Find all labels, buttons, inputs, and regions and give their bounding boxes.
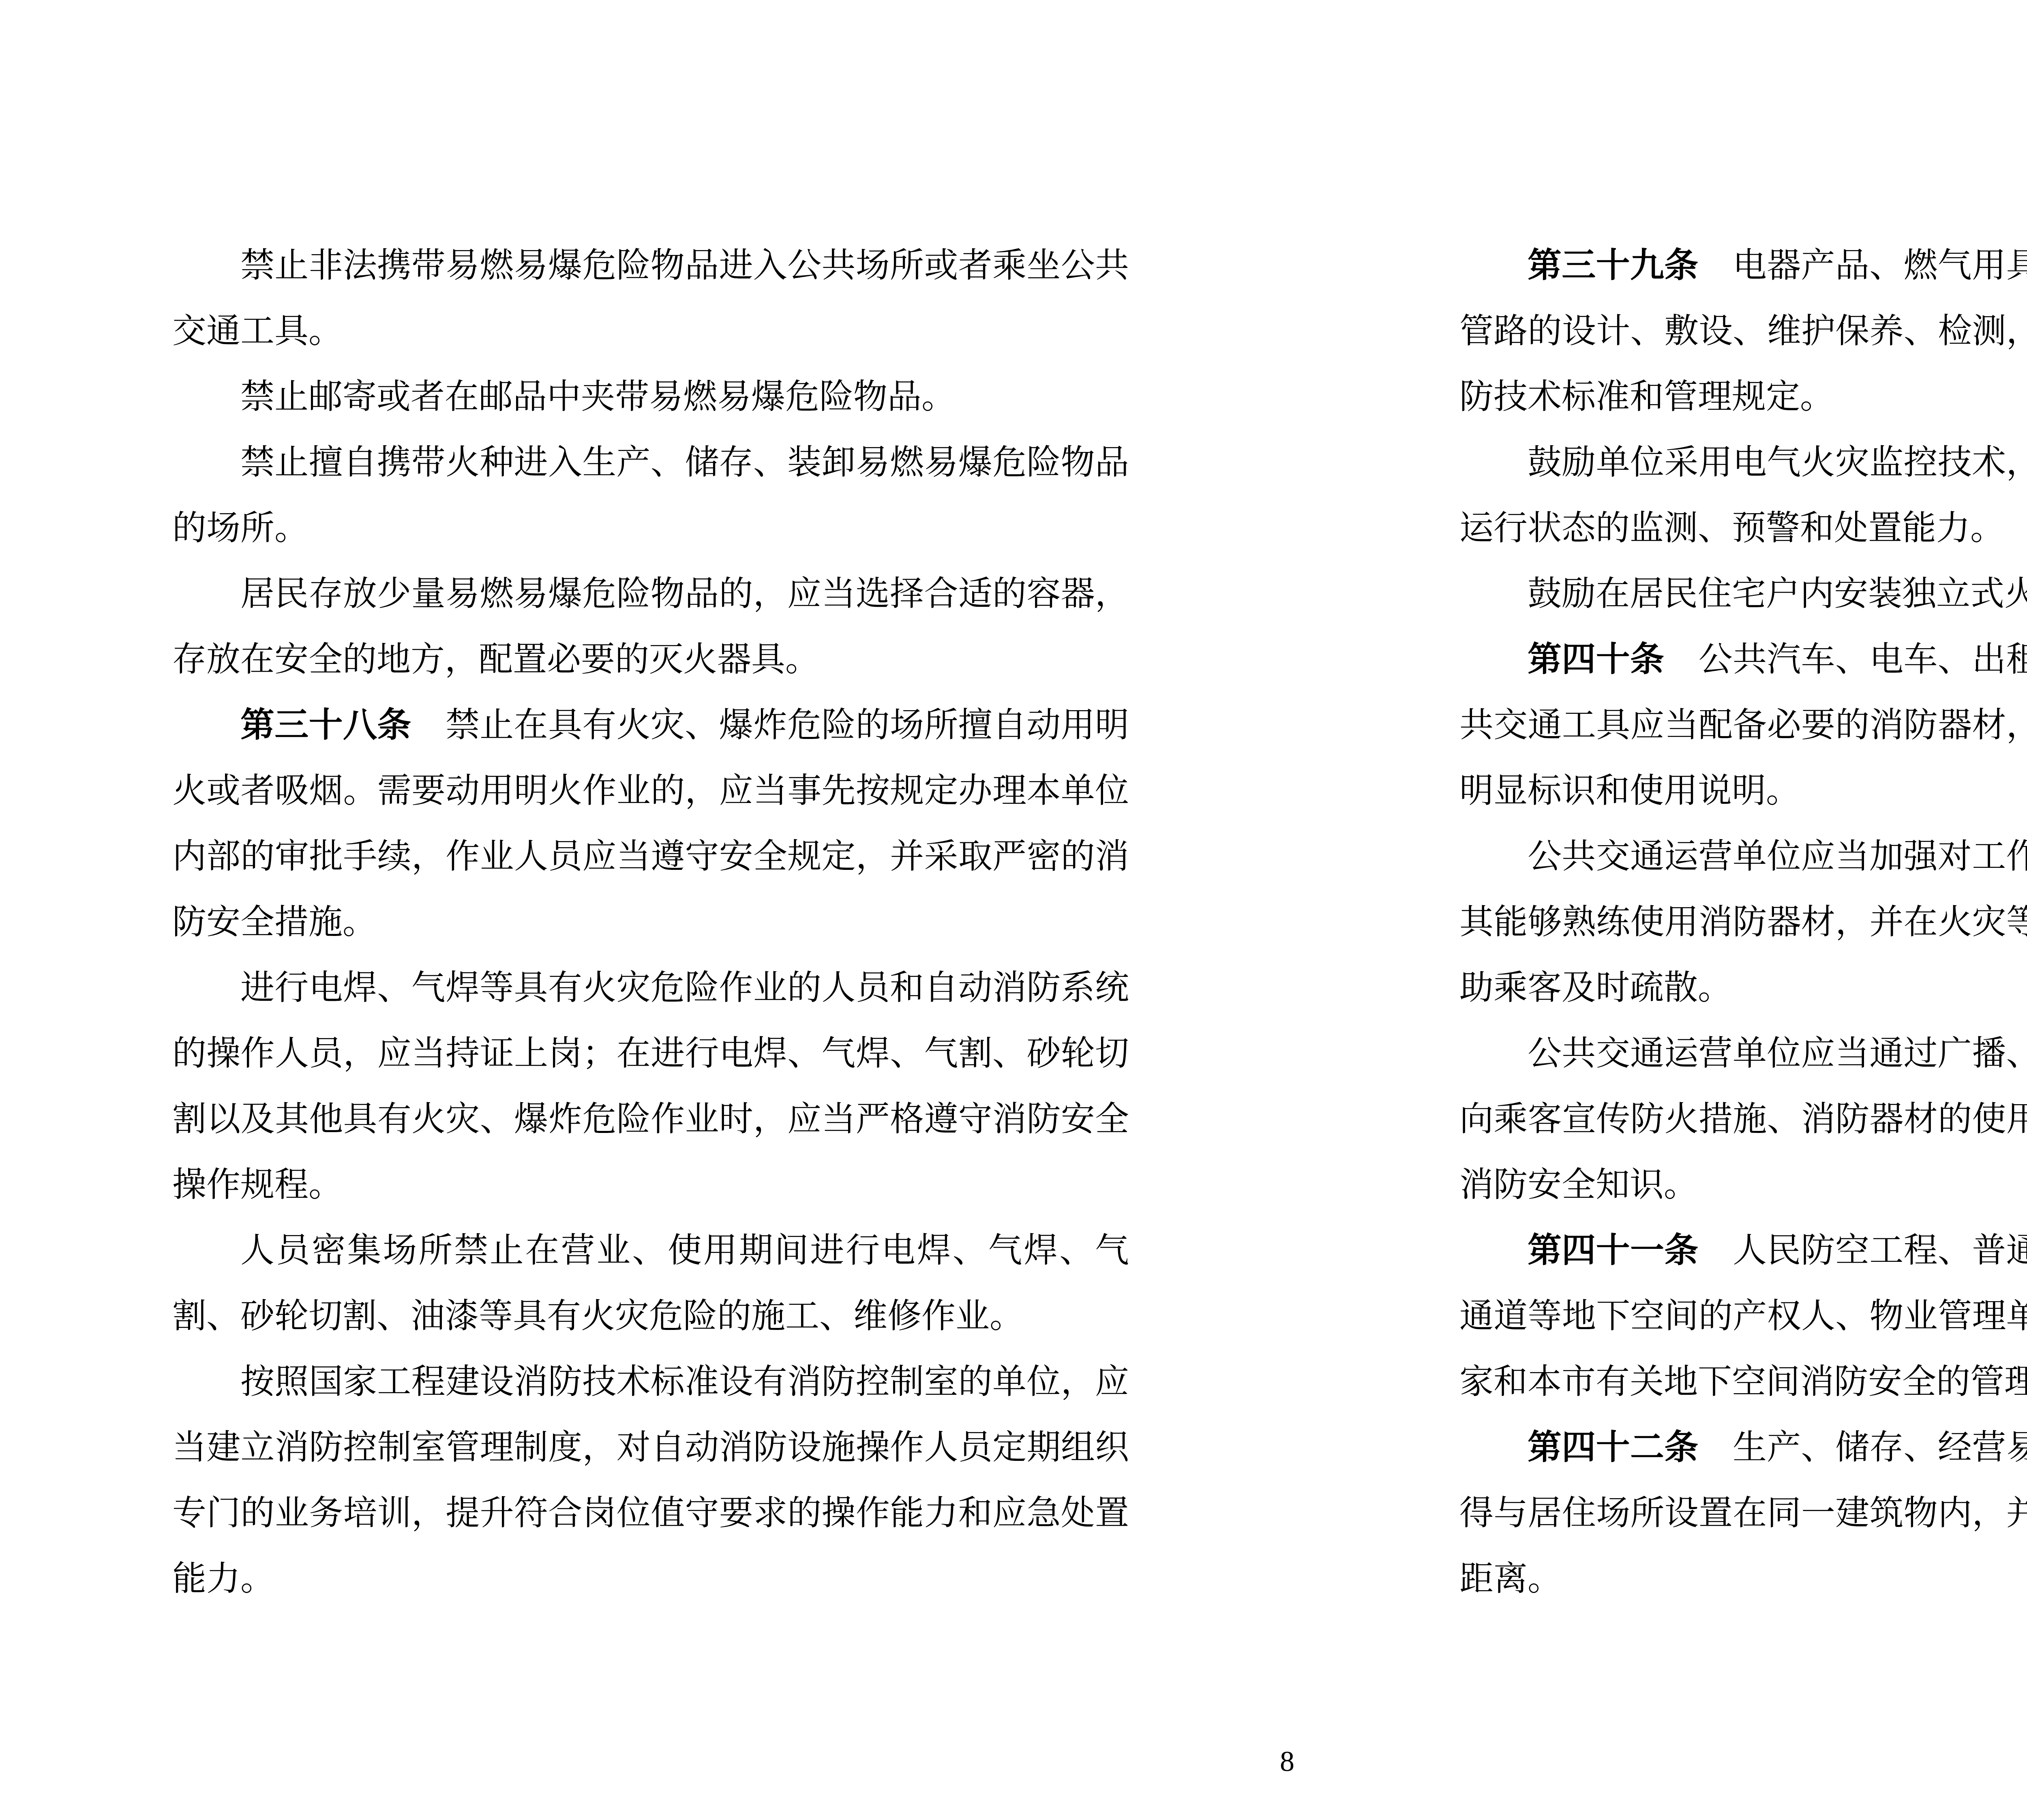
paragraph: 禁止邮寄或者在邮品中夹带易燃易爆危险物品。 xyxy=(172,364,1129,429)
paragraph-text: 按照国家工程建设消防技术标准设有消防控制室的单位，应当建立消防控制室管理制度，对… xyxy=(172,1362,1129,1598)
paragraph-text: 公共交通运营单位应当加强对工作人员的消防安全培训，使其能够熟练使用消防器材，并在… xyxy=(1459,836,2027,1007)
paragraph: 公共交通运营单位应当加强对工作人员的消防安全培训，使其能够熟练使用消防器材，并在… xyxy=(1459,823,2027,1020)
document-page: 禁止非法携带易燃易爆危险物品进入公共场所或者乘坐公共交通工具。 禁止邮寄或者在邮… xyxy=(0,0,2027,1820)
article-paragraph: 第三十八条禁止在具有火灾、爆炸危险的场所擅自动用明火或者吸烟。需要动用明火作业的… xyxy=(172,692,1129,955)
paragraph-text: 进行电焊、气焊等具有火灾危险作业的人员和自动消防系统的操作人员，应当持证上岗；在… xyxy=(172,968,1129,1204)
paragraph: 鼓励单位采用电气火灾监控技术，提升对电器产品及其线路运行状态的监测、预警和处置能… xyxy=(1459,429,2027,561)
paragraph: 进行电焊、气焊等具有火灾危险作业的人员和自动消防系统的操作人员，应当持证上岗；在… xyxy=(172,955,1129,1217)
paragraph: 按照国家工程建设消防技术标准设有消防控制室的单位，应当建立消防控制室管理制度，对… xyxy=(172,1349,1129,1611)
paragraph-text: 鼓励在居民住宅户内安装独立式火灾探测报警器。 xyxy=(1528,574,2027,613)
paragraph: 人员密集场所禁止在营业、使用期间进行电焊、气焊、气割、砂轮切割、油漆等具有火灾危… xyxy=(172,1217,1129,1349)
paragraph-text: 公共交通运营单位应当通过广播、电视、宣传手册等形式，向乘客宣传防火措施、消防器材… xyxy=(1459,1033,2027,1204)
paragraph-text: 禁止非法携带易燃易爆危险物品进入公共场所或者乘坐公共交通工具。 xyxy=(172,245,1129,351)
article-number: 第四十条 xyxy=(1528,639,1664,679)
paragraph-text: 鼓励单位采用电气火灾监控技术，提升对电器产品及其线路运行状态的监测、预警和处置能… xyxy=(1459,442,2027,548)
article-number: 第三十九条 xyxy=(1528,245,1699,285)
paragraph-text: 禁止擅自携带火种进入生产、储存、装卸易燃易爆危险物品的场所。 xyxy=(172,442,1129,548)
paragraph: 鼓励在居民住宅户内安装独立式火灾探测报警器。 xyxy=(1459,561,2027,626)
paragraph: 禁止擅自携带火种进入生产、储存、装卸易燃易爆危险物品的场所。 xyxy=(172,429,1129,561)
article-paragraph: 第四十一条人民防空工程、普通地下建筑物、地铁、地下通道等地下空间的产权人、物业管… xyxy=(1459,1217,2027,1414)
article-paragraph: 第四十条公共汽车、电车、出租车、轨道列车、渡轮等公共交通工具应当配备必要的消防器… xyxy=(1459,626,2027,823)
article-paragraph: 第四十二条生产、储存、经营易燃易爆危险物品的场所不得与居住场所设置在同一建筑物内… xyxy=(1459,1414,2027,1611)
paragraph: 居民存放少量易燃易爆危险物品的，应当选择合适的容器，存放在安全的地方，配置必要的… xyxy=(172,561,1129,692)
page-number: 8 xyxy=(1267,1743,1307,1779)
right-column: 第三十九条电器产品、燃气用具的安装、使用及其线路、管路的设计、敷设、维护保养、检… xyxy=(1459,232,2027,1611)
paragraph: 公共交通运营单位应当通过广播、电视、宣传手册等形式，向乘客宣传防火措施、消防器材… xyxy=(1459,1020,2027,1217)
article-number: 第四十一条 xyxy=(1528,1230,1699,1270)
paragraph-text: 居民存放少量易燃易爆危险物品的，应当选择合适的容器，存放在安全的地方，配置必要的… xyxy=(172,574,1129,679)
paragraph-text: 人员密集场所禁止在营业、使用期间进行电焊、气焊、气割、砂轮切割、油漆等具有火灾危… xyxy=(172,1230,1129,1336)
paragraph: 禁止非法携带易燃易爆危险物品进入公共场所或者乘坐公共交通工具。 xyxy=(172,232,1129,364)
paragraph-text: 禁止邮寄或者在邮品中夹带易燃易爆危险物品。 xyxy=(240,377,956,416)
article-number: 第三十八条 xyxy=(240,704,411,745)
left-column: 禁止非法携带易燃易爆危险物品进入公共场所或者乘坐公共交通工具。 禁止邮寄或者在邮… xyxy=(172,232,1129,1611)
article-number: 第四十二条 xyxy=(1528,1427,1699,1467)
article-paragraph: 第三十九条电器产品、燃气用具的安装、使用及其线路、管路的设计、敷设、维护保养、检… xyxy=(1459,232,2027,429)
